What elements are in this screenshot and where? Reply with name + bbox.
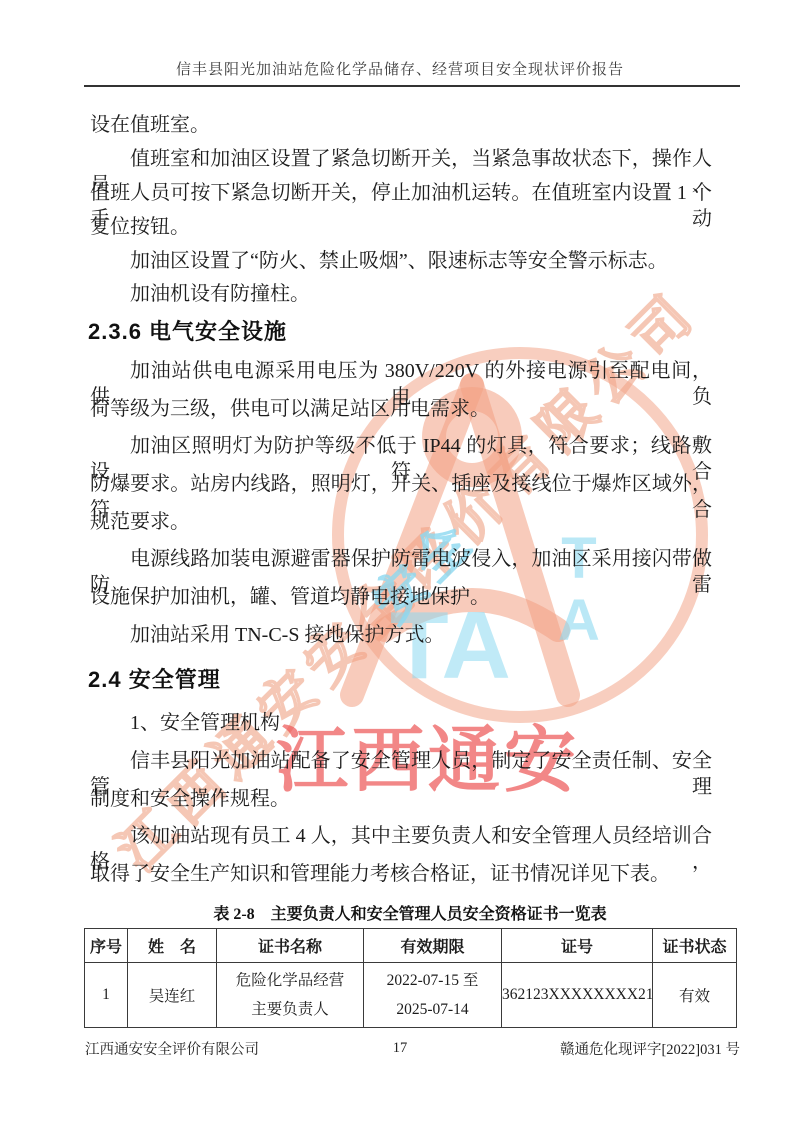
cert-name-line2: 主要负责人 bbox=[217, 995, 363, 1024]
cell-cert-name: 危险化学品经营 主要负责人 bbox=[217, 963, 364, 1028]
section-heading-2-4: 2.4 安全管理 bbox=[88, 663, 221, 694]
valid-period-line1: 2022-07-15 至 bbox=[364, 966, 501, 995]
body-line: 荷等级为三级，供电可以满足站区用电需求。 bbox=[90, 396, 712, 422]
body-line: 复位按钮。 bbox=[90, 214, 712, 240]
body-line: 取得了安全生产知识和管理能力考核合格证，证书情况详见下表。 bbox=[90, 861, 712, 887]
body-line: 加油站采用 TN-C-S 接地保护方式。 bbox=[90, 622, 712, 648]
body-line: 设在值班室。 bbox=[90, 112, 712, 138]
col-header-valid: 有效期限 bbox=[364, 929, 502, 963]
col-header-number: 证号 bbox=[502, 929, 653, 963]
header-title: 信丰县阳光加油站危险化学品储存、经营项目安全现状评价报告 bbox=[0, 58, 800, 79]
body-line: 制度和安全操作规程。 bbox=[90, 786, 712, 812]
cell-valid-period: 2022-07-15 至 2025-07-14 bbox=[364, 963, 502, 1028]
col-header-cert: 证书名称 bbox=[217, 929, 364, 963]
cert-name-line1: 危险化学品经营 bbox=[217, 966, 363, 995]
document-content: 信丰县阳光加油站危险化学品储存、经营项目安全现状评价报告 设在值班室。 值班室和… bbox=[0, 0, 800, 1131]
table-header-row: 序号 姓 名 证书名称 有效期限 证号 证书状态 bbox=[85, 929, 737, 963]
section-heading-2-3-6: 2.3.6 电气安全设施 bbox=[88, 315, 287, 346]
body-line: 加油区设置了“防火、禁止吸烟”、限速标志等安全警示标志。 bbox=[90, 248, 712, 274]
cell-status: 有效 bbox=[653, 963, 737, 1028]
body-line: 规范要求。 bbox=[90, 509, 712, 535]
cell-name: 吴连红 bbox=[128, 963, 217, 1028]
cell-no: 1 bbox=[85, 963, 128, 1028]
footer-doc-number: 赣通危化现评字[2022]031 号 bbox=[560, 1038, 740, 1059]
table-row: 1 吴连红 危险化学品经营 主要负责人 2022-07-15 至 2025-07… bbox=[85, 963, 737, 1028]
col-header-status: 证书状态 bbox=[653, 929, 737, 963]
document-page: 江西通安安全评价有限公司 安全 TA T A 江西通安 信丰县阳光加油站危险化学… bbox=[0, 0, 800, 1131]
cell-cert-number: 362123XXXXXXXX2117 bbox=[502, 963, 653, 1028]
body-line: 加油机设有防撞柱。 bbox=[90, 281, 712, 307]
col-header-no: 序号 bbox=[85, 929, 128, 963]
body-line: 1、安全管理机构 bbox=[90, 710, 712, 736]
valid-period-line2: 2025-07-14 bbox=[364, 995, 501, 1024]
cert-table: 序号 姓 名 证书名称 有效期限 证号 证书状态 1 吴连红 危险化学品经营 主… bbox=[84, 928, 737, 1028]
table-caption: 表 2-8 主要负责人和安全管理人员安全资格证书一览表 bbox=[85, 901, 735, 924]
col-header-name: 姓 名 bbox=[128, 929, 217, 963]
header-rule bbox=[84, 85, 740, 87]
body-line: 设施保护加油机，罐、管道均静电接地保护。 bbox=[90, 584, 712, 610]
